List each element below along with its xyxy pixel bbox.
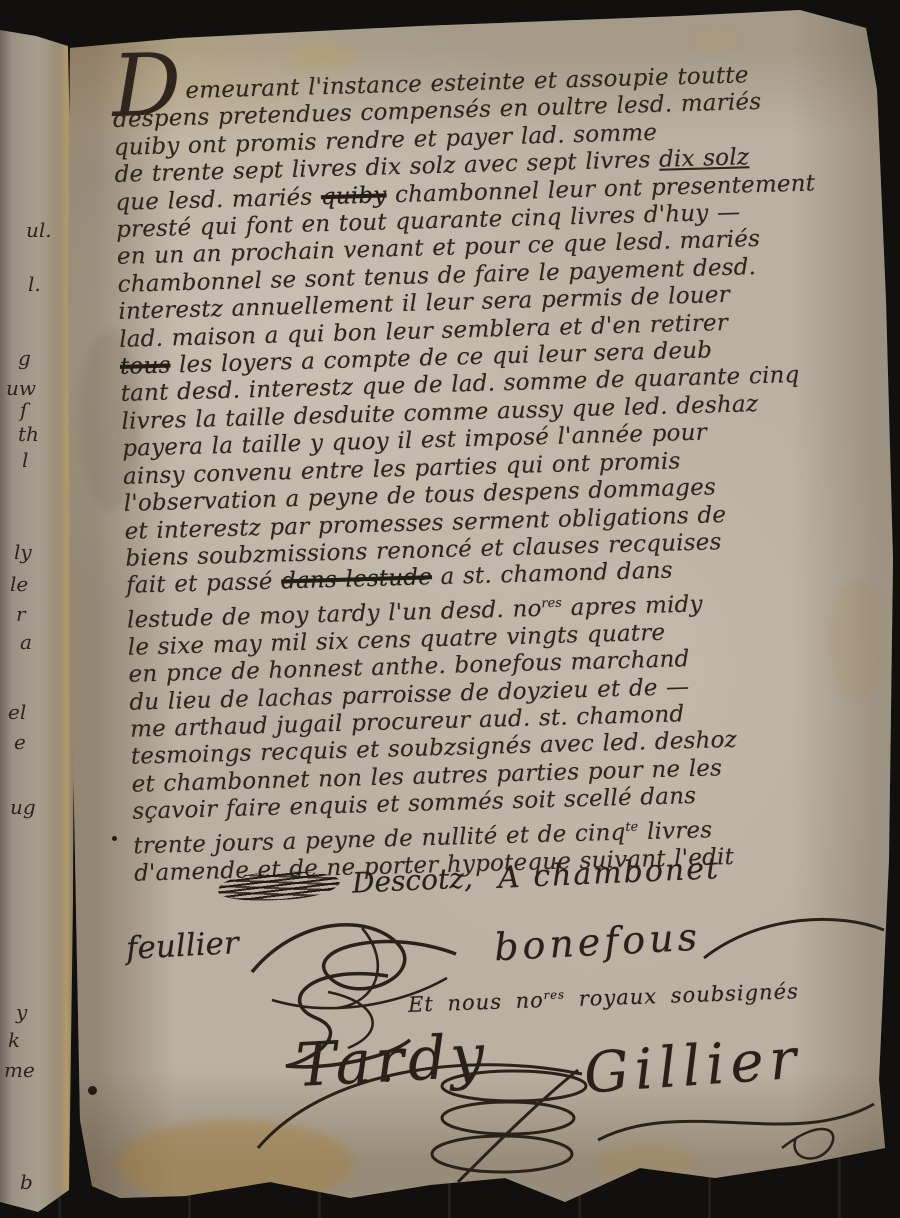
manuscript-text: Demeurant l'instance esteinte et assoupi… <box>112 58 900 888</box>
ink-dot <box>112 836 117 841</box>
stain <box>288 44 358 70</box>
gutter-fragment: th <box>18 422 39 446</box>
gutter-fragment: ul. <box>26 218 52 242</box>
text-segment: dans lestude <box>281 565 433 595</box>
text-segment: Et nous no <box>408 988 545 1017</box>
text-segment: quiby <box>321 182 387 210</box>
text-segment: dix solz <box>659 144 750 173</box>
text-segment: fait et passé <box>126 569 282 599</box>
gutter-fragment: b <box>20 1170 33 1194</box>
gutter-fragment: ſ <box>20 398 27 422</box>
gutter-fragment: le <box>10 572 28 596</box>
text-segment: res <box>543 987 565 1002</box>
gutter-fragment: a <box>20 630 32 654</box>
gutter-fragment: y <box>16 1000 27 1024</box>
gutter-fragment: l. <box>28 272 41 296</box>
gutter-fragment: ug <box>10 795 36 819</box>
signature-descotz: Descotz, <box>351 861 473 899</box>
gutter-fragment: r <box>16 602 26 626</box>
gutter-fragment: k <box>8 1028 20 1052</box>
gutter-fragment: me <box>4 1058 35 1082</box>
gutter-fragment: e <box>14 730 26 754</box>
gutter-fragment: g <box>18 346 31 370</box>
text-segment: apres midy <box>562 591 703 621</box>
bonefous-tail-flourish <box>700 908 890 968</box>
signature-feullier: feullier <box>125 925 239 967</box>
facing-page-edge: ul.l.guwſthllyleraeleugykmeb <box>0 0 78 1218</box>
text-segment: tous <box>120 353 171 380</box>
text-segment: que lesd. mariés <box>115 184 321 216</box>
text-segment: livres <box>638 817 713 845</box>
gillier-underline-flourish <box>592 1086 882 1156</box>
gutter-fragment: ly <box>14 540 32 564</box>
gutter-fragment: uw <box>6 376 36 400</box>
gutter-fragment: el <box>8 700 26 724</box>
text-segment: res <box>541 594 562 610</box>
text-segment: te <box>625 818 638 833</box>
manuscript-photo: ul.l.guwſthllyleraeleugykmeb Demeurant l… <box>0 0 900 1218</box>
ink-dot <box>88 1086 97 1095</box>
stain <box>690 30 740 50</box>
text-segment: royaux soubsignés <box>565 979 800 1011</box>
gutter-fragment: l <box>22 448 28 472</box>
tardy-loops-flourish <box>428 1062 598 1192</box>
signature-bonefous: bonefous <box>493 915 702 970</box>
manuscript-page: Demeurant l'instance esteinte et assoupi… <box>0 0 900 1218</box>
